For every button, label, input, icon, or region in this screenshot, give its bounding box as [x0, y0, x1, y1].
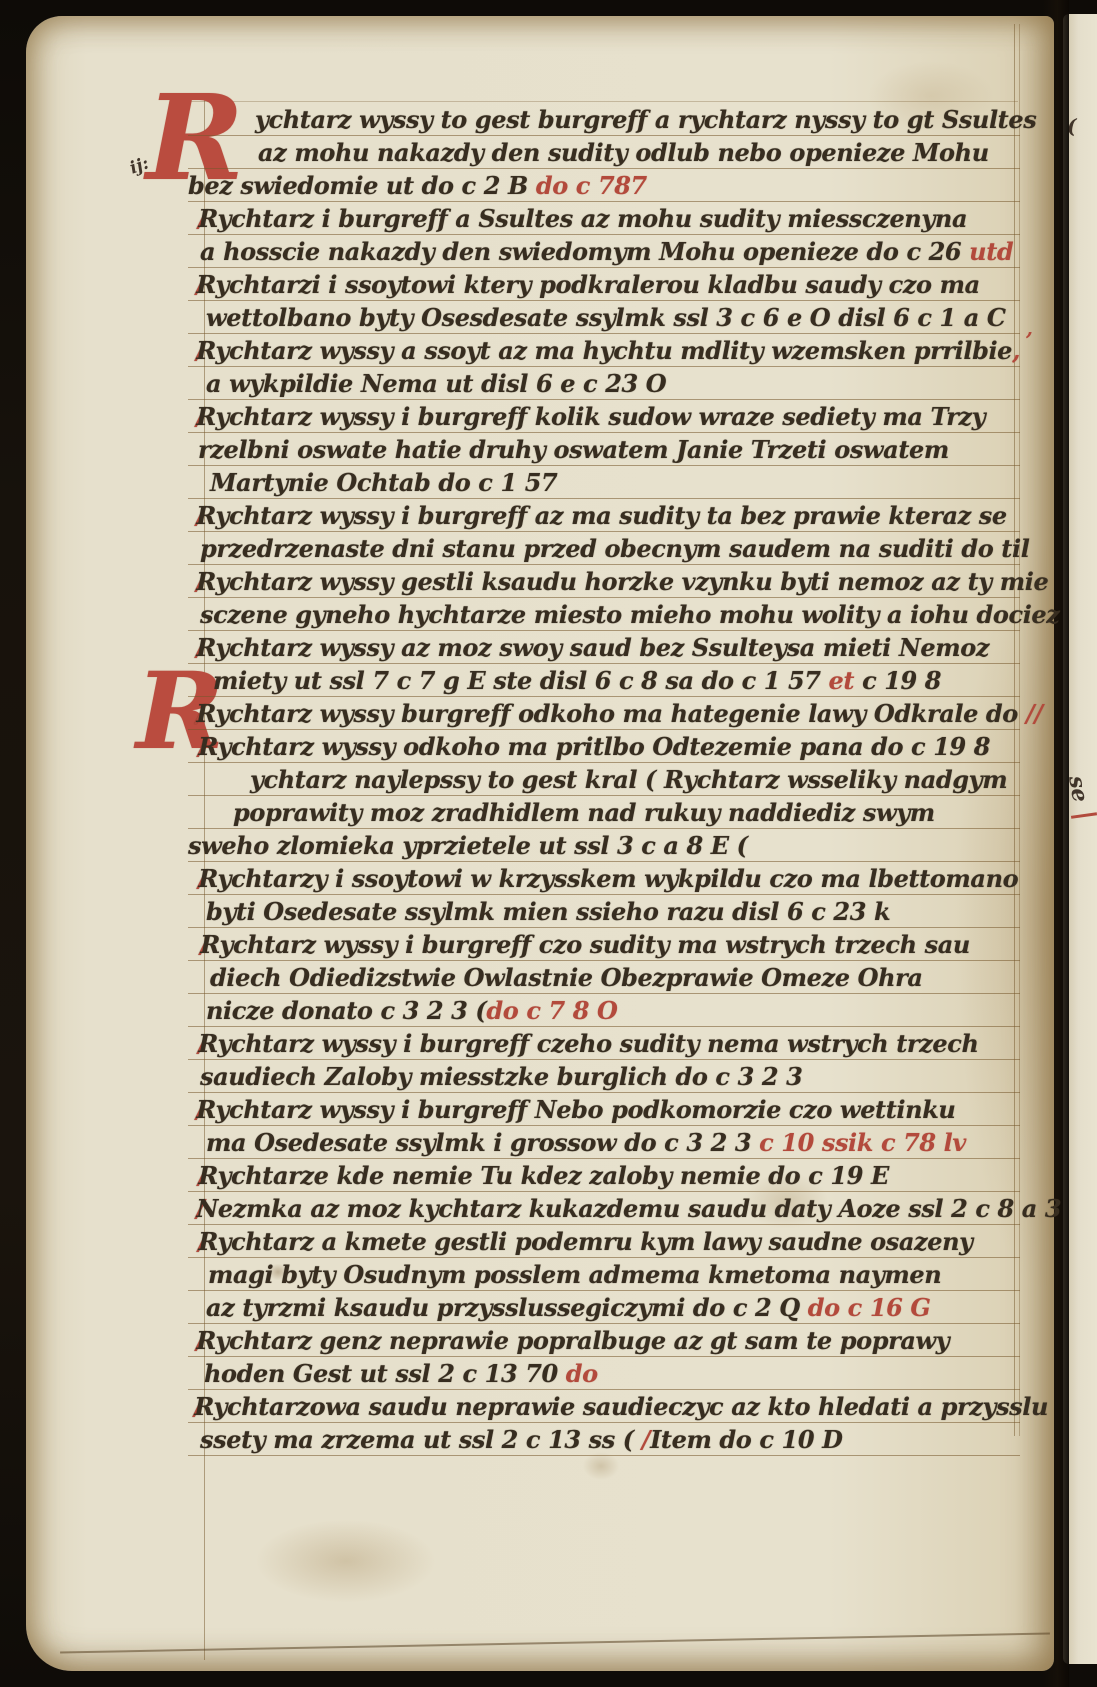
manuscript-line: Martynie Ochtab do c 1 57: [188, 466, 1020, 499]
ink-text: Rychtarz wyssy a ssoyt az ma hychtu mdli…: [196, 336, 1012, 365]
ink-text: hoden Gest ut ssl 2 c 13 70: [204, 1359, 566, 1388]
ink-text: az mohu nakazdy den sudity odlub nebo op…: [258, 138, 989, 167]
rubric-text: do: [566, 1359, 598, 1388]
manuscript-line: a wykpildie Nema ut disl 6 e c 23 O: [188, 367, 1020, 400]
manuscript-line: /Rychtarz wyssy a ssoyt az ma hychtu mdl…: [188, 334, 1020, 367]
ink-text: Nezmka az moz kychtarz kukazdemu saudu d…: [196, 1194, 1061, 1223]
ink-text: przedrzenaste dni stanu przed obecnym sa…: [200, 534, 1029, 563]
ink-text: ma Osedesate ssylmk i grossow do c 3 2 3: [206, 1128, 759, 1157]
ink-text: Rychtarz genz neprawie popralbuge az gt …: [196, 1326, 949, 1355]
ink-text: Rychtarze kde nemie Tu kdez zaloby nemie…: [198, 1161, 889, 1190]
ink-text: diech Odiedizstwie Owlastnie Obezprawie …: [210, 963, 923, 992]
ink-text: magi byty Osudnym posslem admema kmetoma…: [208, 1260, 941, 1289]
ink-text: az tyrzmi ksaudu przysslussegiczymi do c…: [206, 1293, 808, 1322]
manuscript-line: /Rychtarzi i ssoytowi ktery podkralerou …: [188, 268, 1020, 301]
manuscript-line: /Rychtarz a kmete gestli podemru kym law…: [188, 1225, 1020, 1258]
ink-text: Rychtarz wyssy az moz swoy saud bez Ssul…: [196, 633, 989, 662]
ink-text: miety ut ssl 7 c 7 g E ste disl 6 c 8 sa…: [213, 666, 829, 695]
manuscript-line: nicze donato c 3 2 3 (do c 7 8 O: [188, 994, 1020, 1027]
rubric-text: //: [1026, 699, 1043, 728]
rubric-text: do c 787: [536, 171, 647, 200]
manuscript-line: /Nezmka az moz kychtarz kukazdemu saudu …: [188, 1192, 1020, 1225]
manuscript-line: /Rychtarz wyssy burgreff odkoho ma hateg…: [188, 697, 1020, 730]
manuscript-line: diech Odiedizstwie Owlastnie Obezprawie …: [188, 961, 1020, 994]
rubric-text: c 10 ssik c 78 lv: [759, 1128, 966, 1157]
ink-text: poprawity moz zradhidlem nad rukuy naddi…: [233, 798, 935, 827]
ink-text: Rychtarz wyssy gestli ksaudu horzke vzyn…: [196, 567, 1048, 596]
ink-text: byti Osedesate ssylmk mien ssieho razu d…: [206, 897, 890, 926]
next-folio-red-rule: [1071, 812, 1097, 819]
ink-text: Rychtarzy i ssoytowi w krzysskem wykpild…: [198, 864, 1018, 893]
ink-text: Rychtarz i burgreff a Ssultes az mohu su…: [198, 204, 967, 233]
manuscript-text-block: ychtarz wyssy to gest burgreff a rychtar…: [188, 103, 1020, 1456]
ink-text: Rychtarz a kmete gestli podemru kym lawy…: [198, 1227, 972, 1256]
manuscript-line: /Rychtarz wyssy odkoho ma pritlbo Odteze…: [188, 730, 1020, 763]
manuscript-line: wettolbano byty Osesdesate ssylmk ssl 3 …: [188, 301, 1020, 334]
manuscript-photo: ( se ij: , R R ychtarz wyssy to gest bur…: [0, 0, 1097, 1687]
manuscript-line: miety ut ssl 7 c 7 g E ste disl 6 c 8 sa…: [188, 664, 1020, 697]
ink-text: sweho zlomieka yprzietele ut ssl 3 c a 8…: [188, 831, 748, 860]
manuscript-line: /Rychtarze kde nemie Tu kdez zaloby nemi…: [188, 1159, 1020, 1192]
manuscript-line: ychtarz naylepssy to gest kral ( Rychtar…: [188, 763, 1020, 796]
manuscript-page: ij: , R R ychtarz wyssy to gest burgreff…: [26, 16, 1054, 1671]
manuscript-line: poprawity moz zradhidlem nad rukuy naddi…: [188, 796, 1020, 829]
ink-text: ychtarz wyssy to gest burgreff a rychtar…: [255, 105, 1036, 134]
manuscript-line: sweho zlomieka yprzietele ut ssl 3 c a 8…: [188, 829, 1020, 862]
ink-text: a wykpildie Nema ut disl 6 e c 23 O: [206, 369, 666, 398]
ink-text: rzelbni oswate hatie druhy oswatem Janie…: [198, 435, 949, 464]
manuscript-line: /Rychtarz i burgreff a Ssultes az mohu s…: [188, 202, 1020, 235]
ink-text: Item do c 10 D: [650, 1425, 842, 1454]
rubric-text: ,: [1012, 336, 1020, 365]
ink-text: Rychtarz wyssy i burgreff czo sudity ma …: [200, 930, 970, 959]
manuscript-line: saudiech Zaloby miesstzke burglich do c …: [188, 1060, 1020, 1093]
manuscript-line: /Rychtarzy i ssoytowi w krzysskem wykpil…: [188, 862, 1020, 895]
ink-text: Rychtarz wyssy i burgreff az ma sudity t…: [196, 501, 1006, 530]
manuscript-line: ma Osedesate ssylmk i grossow do c 3 2 3…: [188, 1126, 1020, 1159]
ink-text: Rychtarz wyssy i burgreff czeho sudity n…: [198, 1029, 978, 1058]
ink-text: bez swiedomie ut do c 2 B: [188, 171, 536, 200]
ink-text: a hosscie nakazdy den swiedomym Mohu ope…: [200, 237, 969, 266]
manuscript-line: /Rychtarz wyssy i burgreff kolik sudow w…: [188, 400, 1020, 433]
ink-text: nicze donato c 3 2 3 (: [206, 996, 486, 1025]
ink-text: Rychtarzowa saudu neprawie saudieczyc az…: [194, 1392, 1048, 1421]
manuscript-line: magi byty Osudnym posslem admema kmetoma…: [188, 1258, 1020, 1291]
manuscript-line: /Rychtarz wyssy i burgreff czeho sudity …: [188, 1027, 1020, 1060]
manuscript-line: ychtarz wyssy to gest burgreff a rychtar…: [188, 103, 1020, 136]
ink-text: Rychtarzi i ssoytowi ktery podkralerou k…: [196, 270, 979, 299]
manuscript-line: a hosscie nakazdy den swiedomym Mohu ope…: [188, 235, 1020, 268]
rubric-text: /: [642, 1425, 650, 1454]
manuscript-line: /Rychtarzowa saudu neprawie saudieczyc a…: [188, 1390, 1020, 1423]
right-margin-red-mark: ,: [1026, 316, 1033, 340]
ink-text: ssety ma zrzema ut ssl 2 c 13 ss (: [200, 1425, 642, 1454]
manuscript-line: sczene gyneho hychtarze miesto mieho moh…: [188, 598, 1020, 631]
rubric-text: do c 16 G: [808, 1293, 931, 1322]
ink-text: Martynie Ochtab do c 1 57: [210, 468, 557, 497]
ink-text: Rychtarz wyssy i burgreff kolik sudow wr…: [196, 402, 985, 431]
ink-text: wettolbano byty Osesdesate ssylmk ssl 3 …: [206, 303, 1006, 332]
manuscript-line: rzelbni oswate hatie druhy oswatem Janie…: [188, 433, 1020, 466]
manuscript-line: /Rychtarz wyssy i burgreff az ma sudity …: [188, 499, 1020, 532]
bottom-margin-rule: [60, 1632, 1050, 1653]
ink-text: Rychtarz wyssy i burgreff Nebo podkomorz…: [196, 1095, 955, 1124]
manuscript-line: /Rychtarz genz neprawie popralbuge az gt…: [188, 1324, 1020, 1357]
rubric-text: utd: [969, 237, 1013, 266]
rubric-text: et: [829, 666, 863, 695]
manuscript-line: przedrzenaste dni stanu przed obecnym sa…: [188, 532, 1020, 565]
ink-text: saudiech Zaloby miesstzke burglich do c …: [200, 1062, 802, 1091]
manuscript-line: ssety ma zrzema ut ssl 2 c 13 ss ( /Item…: [188, 1423, 1020, 1456]
manuscript-line: az tyrzmi ksaudu przysslussegiczymi do c…: [188, 1291, 1020, 1324]
ink-text: Rychtarz wyssy odkoho ma pritlbo Odtezem…: [198, 732, 990, 761]
manuscript-line: az mohu nakazdy den sudity odlub nebo op…: [188, 136, 1020, 169]
ink-text: Rychtarz wyssy burgreff odkoho ma hatege…: [196, 699, 1025, 728]
manuscript-line: byti Osedesate ssylmk mien ssieho razu d…: [188, 895, 1020, 928]
manuscript-line: /Rychtarz wyssy i burgreff czo sudity ma…: [188, 928, 1020, 961]
ink-text: c 19 8: [862, 666, 941, 695]
manuscript-line: bez swiedomie ut do c 2 B do c 787: [188, 169, 1020, 202]
manuscript-line: hoden Gest ut ssl 2 c 13 70 do: [188, 1357, 1020, 1390]
rubric-text: do c 7 8 O: [486, 996, 617, 1025]
manuscript-line: /Rychtarz wyssy gestli ksaudu horzke vzy…: [188, 565, 1020, 598]
manuscript-line: /Rychtarz wyssy i burgreff Nebo podkomor…: [188, 1093, 1020, 1126]
ink-text: ychtarz naylepssy to gest kral ( Rychtar…: [250, 765, 1007, 794]
manuscript-line: /Rychtarz wyssy az moz swoy saud bez Ssu…: [188, 631, 1020, 664]
top-rule: [188, 101, 1018, 102]
ink-text: sczene gyneho hychtarze miesto mieho moh…: [200, 600, 1060, 629]
